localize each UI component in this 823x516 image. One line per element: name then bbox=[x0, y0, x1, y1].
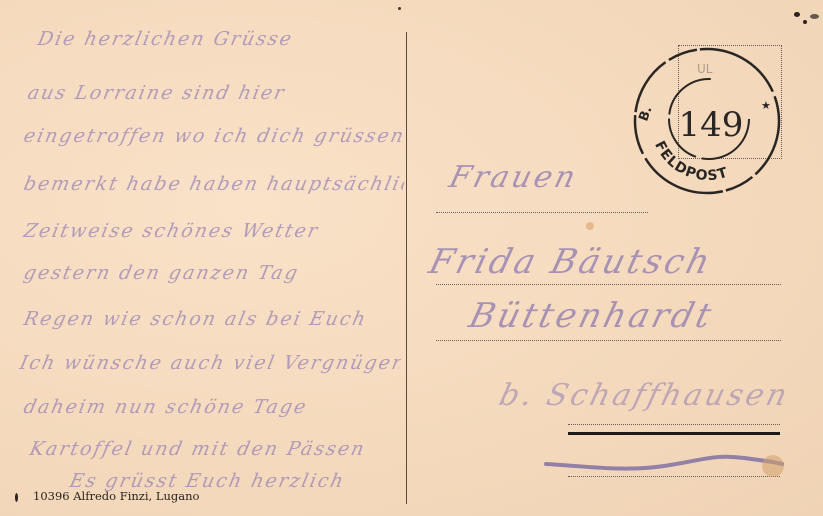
paper-stain bbox=[762, 455, 784, 477]
ink-stroke-mark bbox=[544, 452, 784, 474]
message-line: Ich wünsche auch viel Vergnügen bbox=[18, 352, 403, 374]
address-salutation: Frauen bbox=[446, 160, 582, 195]
address-rule bbox=[436, 284, 781, 285]
svg-text:149: 149 bbox=[679, 105, 744, 145]
message-line: gestern den ganzen Tag bbox=[22, 262, 407, 284]
message-line: Zeitweise schönes Wetter bbox=[22, 220, 407, 242]
message-line: Kartoffel und mit den Pässen bbox=[28, 438, 413, 460]
message-line: Die herzlichen Grüsse bbox=[36, 28, 421, 50]
address-underline-solid bbox=[568, 432, 780, 435]
svg-text:★: ★ bbox=[761, 99, 771, 112]
address-city: b. Schaffhausen bbox=[496, 378, 794, 413]
ink-speck bbox=[15, 493, 18, 502]
ink-speck bbox=[810, 14, 819, 19]
message-line: bemerkt habe haben hauptsächlich bbox=[22, 173, 407, 195]
address-name: Frida Bäutsch bbox=[425, 242, 717, 282]
message-line: Regen wie schon als bei Euch bbox=[22, 308, 407, 330]
ink-speck bbox=[803, 20, 807, 24]
printer-imprint: 10396 Alfredo Finzi, Lugano bbox=[33, 489, 199, 503]
address-rule bbox=[568, 476, 780, 477]
paper-stain bbox=[586, 222, 594, 230]
svg-text:UL: UL bbox=[697, 62, 713, 76]
message-line: eingetroffen wo ich dich grüssen bbox=[22, 125, 407, 147]
feldpost-postmark-icon: 149 FELDPOST B. ★ UL bbox=[631, 45, 783, 197]
message-line: aus Lorraine sind hier bbox=[26, 82, 411, 104]
svg-text:B.: B. bbox=[636, 104, 655, 123]
postcard-back: Die herzlichen Grüsse aus Lorraine sind … bbox=[0, 0, 823, 516]
address-rule bbox=[436, 212, 648, 213]
center-divider-line bbox=[406, 32, 407, 504]
message-line: daheim nun schöne Tage bbox=[22, 396, 407, 418]
address-rule bbox=[436, 340, 781, 341]
address-street: Büttenhardt bbox=[465, 296, 718, 336]
ink-speck bbox=[794, 12, 800, 17]
address-rule bbox=[568, 424, 780, 425]
ink-speck bbox=[398, 7, 401, 10]
